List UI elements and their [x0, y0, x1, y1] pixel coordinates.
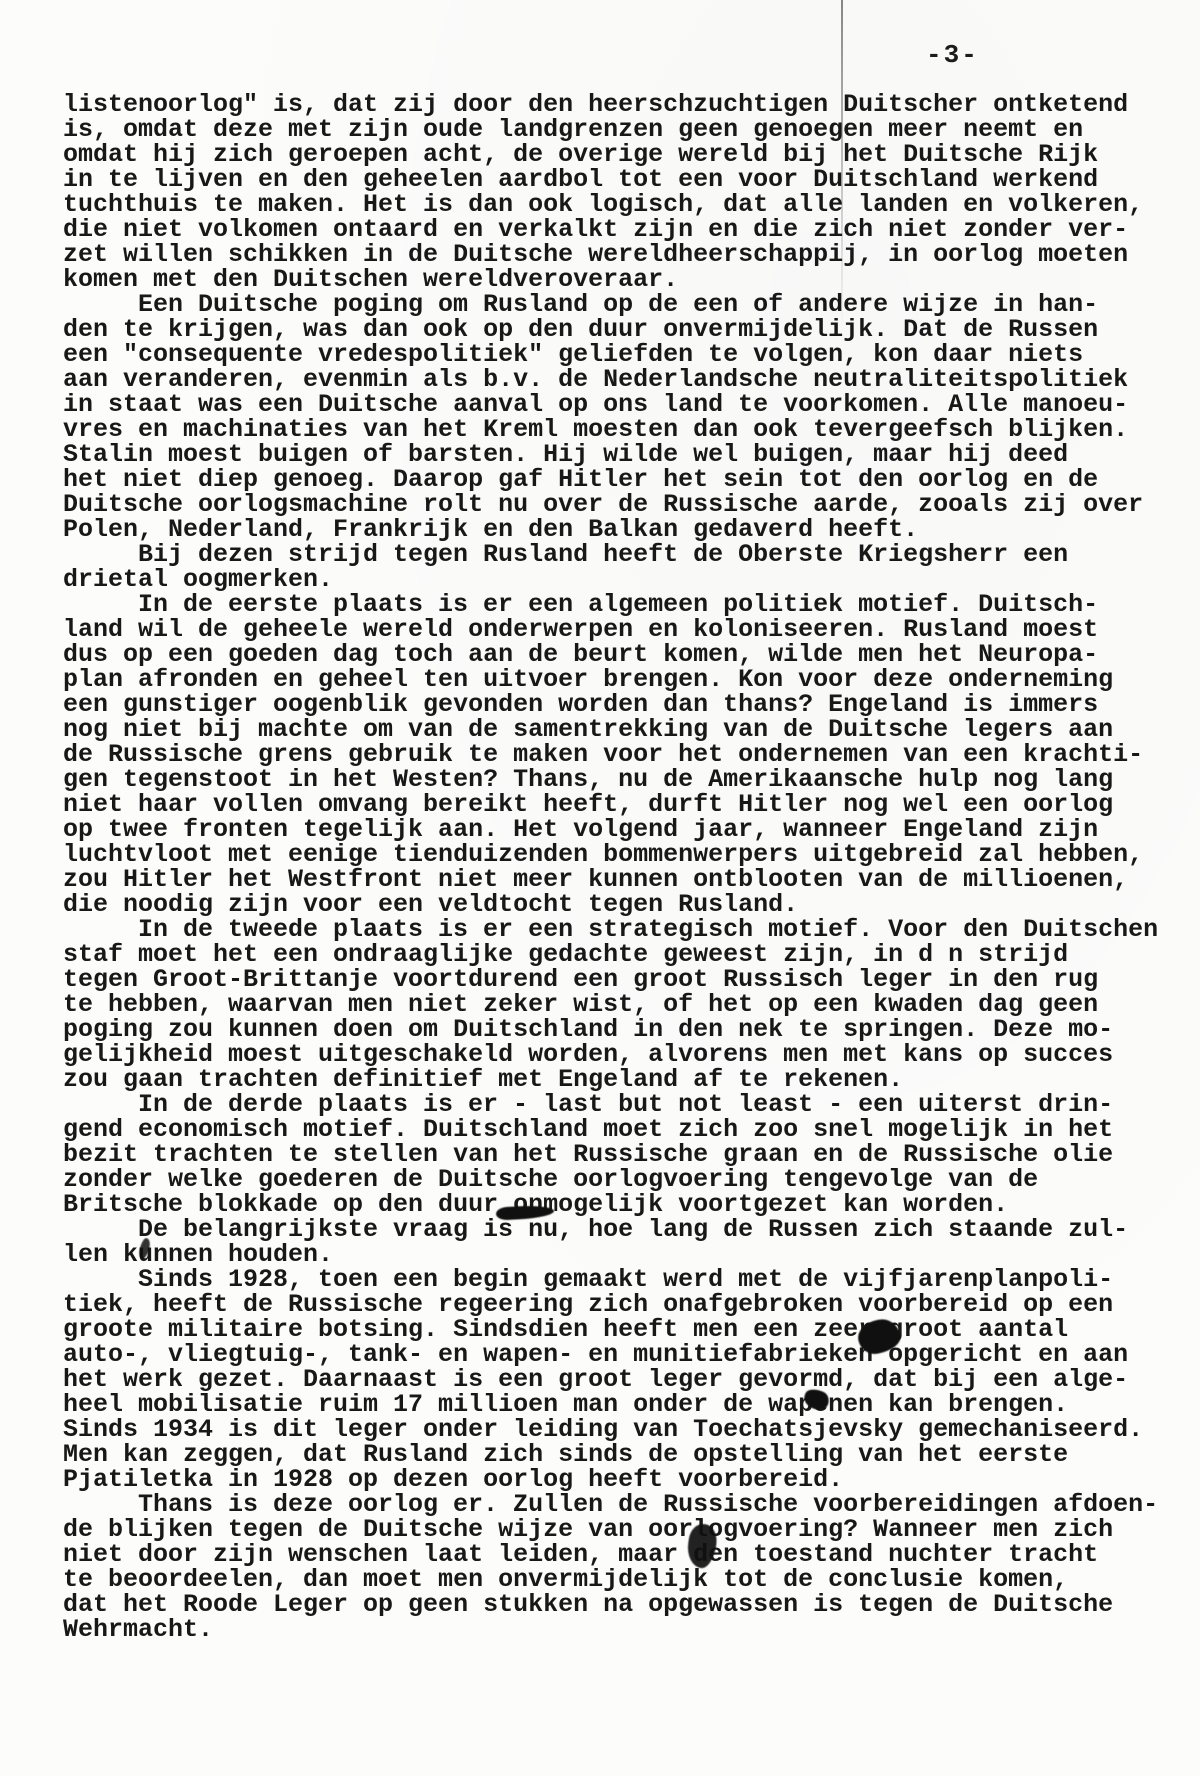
text-line: tiek, heeft de Russische regeering zich …	[63, 1292, 1168, 1317]
text-line: De belangrijkste vraag is nu, hoe lang d…	[63, 1217, 1168, 1242]
text-line: het niet diep genoeg. Daarop gaf Hitler …	[63, 467, 1168, 492]
text-line: dus op een goeden dag toch aan de beurt …	[63, 642, 1168, 667]
text-line: in te lijven en den geheelen aardbol tot…	[63, 167, 1168, 192]
text-line: vres en machinaties van het Kreml moeste…	[63, 417, 1168, 442]
text-line: gelijkheid moest uitgeschakeld worden, a…	[63, 1042, 1168, 1067]
text-line: zonder welke goederen de Duitsche oorlog…	[63, 1167, 1168, 1192]
text-line: staf moet het een ondraaglijke gedachte …	[63, 942, 1168, 967]
text-line: nog niet bij machte om van de samentrekk…	[63, 717, 1168, 742]
text-line: omdat hij zich geroepen acht, de overige…	[63, 142, 1168, 167]
text-line: niet door zijn wenschen laat leiden, maa…	[63, 1542, 1168, 1567]
page-number: -3-	[926, 40, 979, 70]
text-line: zou Hitler het Westfront niet meer kunne…	[63, 867, 1168, 892]
text-line: die niet volkomen ontaard en verkalkt zi…	[63, 217, 1168, 242]
text-line: dat het Roode Leger op geen stukken na o…	[63, 1592, 1168, 1617]
text-line: len kunnen houden.	[63, 1242, 1168, 1267]
text-line: tegen Groot-Brittanje voortdurend een gr…	[63, 967, 1168, 992]
text-line: in staat was een Duitsche aanval op ons …	[63, 392, 1168, 417]
text-line: bezit trachten te stellen van het Russis…	[63, 1142, 1168, 1167]
text-line: heel mobilisatie ruim 17 millioen man on…	[63, 1392, 1168, 1417]
text-line: de blijken tegen de Duitsche wijze van o…	[63, 1517, 1168, 1542]
text-line: land wil de geheele wereld onderwerpen e…	[63, 617, 1168, 642]
text-line: zou gaan trachten definitief met Engelan…	[63, 1067, 1168, 1092]
text-line: poging zou kunnen doen om Duitschland in…	[63, 1017, 1168, 1042]
text-line: een "consequente vredespolitiek" geliefd…	[63, 342, 1168, 367]
text-line: groote militaire botsing. Sindsdien heef…	[63, 1317, 1168, 1342]
text-line: niet haar vollen omvang bereikt heeft, d…	[63, 792, 1168, 817]
text-line: is, omdat deze met zijn oude landgrenzen…	[63, 117, 1168, 142]
text-line: den te krijgen, was dan ook op den duur …	[63, 317, 1168, 342]
text-line: Polen, Nederland, Frankrijk en den Balka…	[63, 517, 1168, 542]
document-page: -3- listenoorlog" is, dat zij door den h…	[0, 0, 1200, 1776]
text-line: Een Duitsche poging om Rusland op de een…	[63, 292, 1168, 317]
text-line: die noodig zijn voor een veldtocht tegen…	[63, 892, 1168, 917]
text-line: Stalin moest buigen of barsten. Hij wild…	[63, 442, 1168, 467]
text-line: Bij dezen strijd tegen Rusland heeft de …	[63, 542, 1168, 567]
text-line: een gunstiger oogenblik gevonden worden …	[63, 692, 1168, 717]
text-line: In de tweede plaats is er een strategisc…	[63, 917, 1168, 942]
text-line: plan afronden en geheel ten uitvoer bren…	[63, 667, 1168, 692]
text-line: auto-, vliegtuig-, tank- en wapen- en mu…	[63, 1342, 1168, 1367]
text-line: Sinds 1934 is dit leger onder leiding va…	[63, 1417, 1168, 1442]
text-line: aan veranderen, evenmin als b.v. de Nede…	[63, 367, 1168, 392]
text-line: Thans is deze oorlog er. Zullen de Russi…	[63, 1492, 1168, 1517]
text-line: Wehrmacht.	[63, 1617, 1168, 1642]
text-line: Men kan zeggen, dat Rusland zich sinds d…	[63, 1442, 1168, 1467]
text-line: luchtvloot met eenige tienduizenden bomm…	[63, 842, 1168, 867]
text-line: gen tegenstoot in het Westen? Thans, nu …	[63, 767, 1168, 792]
text-line: Britsche blokkade op den duur onmogelijk…	[63, 1192, 1168, 1217]
page-text: listenoorlog" is, dat zij door den heers…	[63, 92, 1168, 1642]
text-line: te beoordeelen, dan moet men onvermijdel…	[63, 1567, 1168, 1592]
text-line: op twee fronten tegelijk aan. Het volgen…	[63, 817, 1168, 842]
text-line: tuchthuis te maken. Het is dan ook logis…	[63, 192, 1168, 217]
text-line: te hebben, waarvan men niet zeker wist, …	[63, 992, 1168, 1017]
text-line: Sinds 1928, toen een begin gemaakt werd …	[63, 1267, 1168, 1292]
text-line: listenoorlog" is, dat zij door den heers…	[63, 92, 1168, 117]
text-line: Duitsche oorlogsmachine rolt nu over de …	[63, 492, 1168, 517]
text-line: zet willen schikken in de Duitsche werel…	[63, 242, 1168, 267]
text-line: het werk gezet. Daarnaast is een groot l…	[63, 1367, 1168, 1392]
text-line: Pjatiletka in 1928 op dezen oorlog heeft…	[63, 1467, 1168, 1492]
text-line: gend economisch motief. Duitschland moet…	[63, 1117, 1168, 1142]
text-line: drietal oogmerken.	[63, 567, 1168, 592]
text-line: In de derde plaats is er - last but not …	[63, 1092, 1168, 1117]
text-line: komen met den Duitschen wereldveroveraar…	[63, 267, 1168, 292]
text-line: de Russische grens gebruik te maken voor…	[63, 742, 1168, 767]
text-line: In de eerste plaats is er een algemeen p…	[63, 592, 1168, 617]
